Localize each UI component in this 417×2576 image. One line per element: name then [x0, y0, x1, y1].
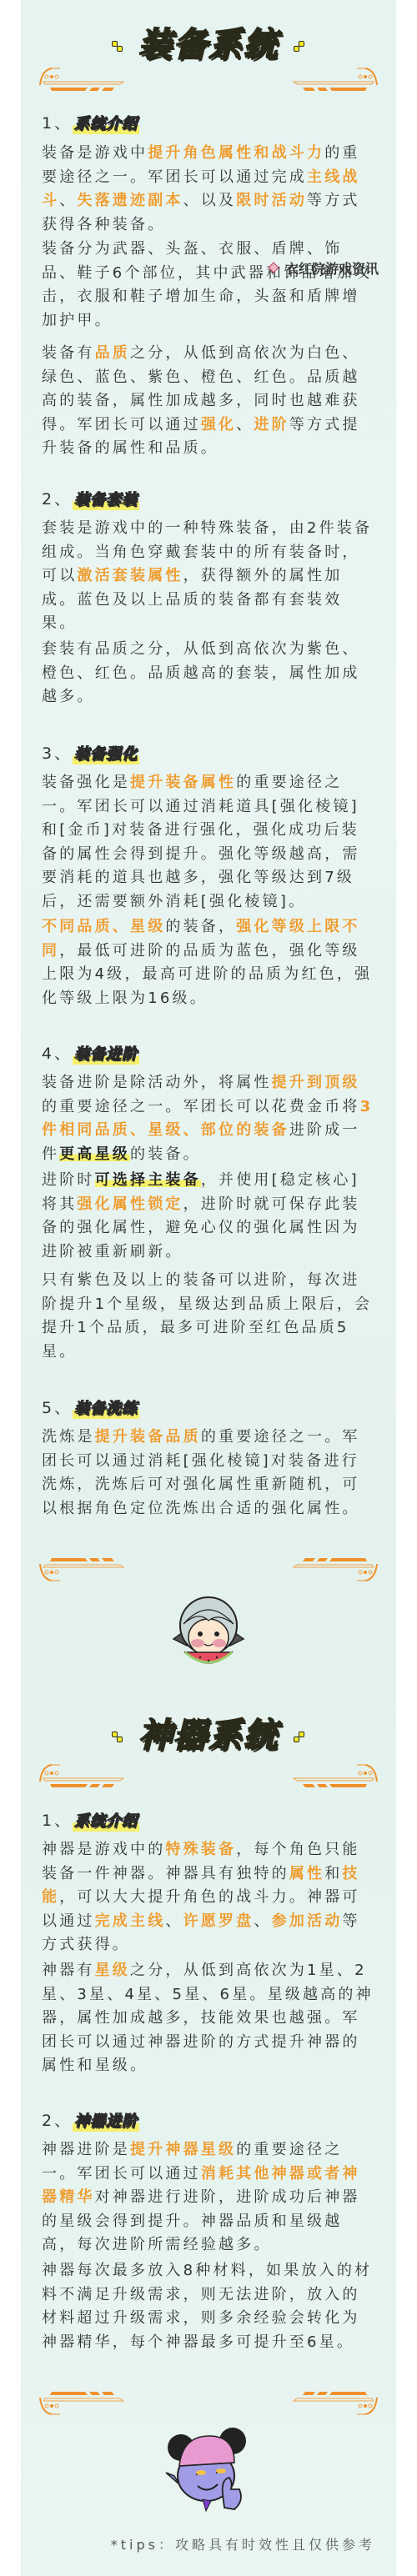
- pixel-deco-icon: [294, 41, 305, 53]
- subsection-number: 2、: [42, 2112, 73, 2130]
- subsection-title: 装备强化: [73, 743, 139, 766]
- highlight-text: 提升角色属性和战斗力: [148, 144, 324, 162]
- subsection-number: 1、: [42, 114, 73, 133]
- body-text: 、: [165, 1912, 183, 1930]
- subsection-heading: 3、装备强化: [42, 742, 139, 765]
- paragraph: 神器是游戏中的特殊装备，每个角色只能装备一件神器。神器具有独特的属性和技能，可以…: [42, 1838, 375, 1957]
- body-text: 洗炼是: [42, 1428, 95, 1446]
- subsection-heading: 1、系统介绍: [42, 112, 139, 135]
- pixel-deco-icon: [112, 41, 123, 53]
- paragraph: 装备有品质之分，从低到高依次为白色、绿色、蓝色、紫色、橙色、红色。品质越高的装备…: [42, 342, 375, 461]
- bracket-decoration-right: [288, 2386, 384, 2416]
- paragraph: 不同品质、星级的装备，强化等级上限不同，最低可进阶的品质为蓝色，强化等级上限为4…: [42, 915, 375, 1010]
- watermark: 衣红院游戏资讯: [267, 258, 379, 278]
- bracket-decoration-left: [33, 2386, 129, 2416]
- paragraph: 神器每次最多放入8种材料，如果放入的材料不满足升级需求，则无法进阶，放入的材料超…: [42, 2259, 375, 2354]
- subsection-number: 1、: [42, 1812, 73, 1830]
- body-text: 和: [324, 1865, 342, 1882]
- highlight-text: 提升到顶级: [272, 1074, 360, 1091]
- body-text: 、: [236, 416, 254, 434]
- marker-highlight-text: 可选择主装备: [95, 1171, 201, 1189]
- body-text: 、以及: [183, 192, 237, 209]
- watermark-text: 衣红院游戏资讯: [285, 261, 379, 277]
- body-text: 装备强化是: [42, 774, 130, 791]
- body-text: 进阶时: [42, 1171, 95, 1189]
- body-text: 的装备。: [130, 1145, 201, 1163]
- body-text: 装备有: [42, 344, 95, 362]
- highlight-text: 星级: [95, 1962, 130, 1979]
- highlight-text: 进阶: [254, 416, 289, 434]
- subsection-title: 系统介绍: [73, 113, 139, 136]
- subsection-heading: 2、装备套装: [42, 488, 139, 511]
- body-text: 、: [59, 192, 77, 209]
- subsection-heading: 2、神器进阶: [42, 2109, 139, 2132]
- highlight-text: 特殊装备: [165, 1841, 236, 1858]
- highlight-text: 参加活动: [272, 1912, 343, 1930]
- highlight-text: 许愿罗盘: [183, 1912, 254, 1930]
- article-panel: 装备系统 1、系统介绍 装备是游戏中提升角色属性和战斗力的重要途径之一。军团长可…: [21, 0, 396, 2576]
- body-text: 的装备，: [165, 918, 236, 935]
- subsection-title: 神器进阶: [73, 2110, 139, 2133]
- bracket-decoration-left: [33, 1552, 129, 1582]
- paragraph: 洗炼是提升装备品质的重要途径之一。军团长可以通过消耗[强化棱镜]对装备进行洗炼，…: [42, 1426, 375, 1521]
- highlight-text: 强化: [201, 416, 236, 434]
- watermelon-girl-mascot: [167, 1591, 250, 1674]
- bracket-decoration-right: [288, 1763, 384, 1793]
- purple-elf-thumbs-up-mascot: [163, 2424, 254, 2516]
- subsection-number: 3、: [42, 744, 73, 763]
- body-text: 只有紫色及以上的装备可以进阶，每次进阶提升1个星级，星级达到品质上限后，会提升1…: [42, 1271, 372, 1361]
- paragraph: 装备分为武器、头盔、衣服、盾牌、饰品、鞋子6个部位，其中武器和饰品增加攻击，衣服…: [42, 238, 375, 333]
- subsection-title: 系统介绍: [73, 1810, 139, 1833]
- body-text: ，最低可进阶的品质为蓝色，强化等级上限为4级，最高可进阶的品质为红色，强化等级上…: [42, 942, 372, 1007]
- highlight-text: 提升装备属性: [130, 774, 236, 791]
- highlight-text: 品质: [95, 344, 130, 362]
- subsection-title: 装备洗练: [73, 1397, 139, 1421]
- paragraph: 神器进阶是提升神器星级的重要途径之一。军团长可以通过消耗其他神器或者神器精华对神…: [42, 2138, 375, 2258]
- bracket-decoration-right: [288, 67, 384, 97]
- paragraph: 神器有星级之分，从低到高依次为1星、2星、3星、4星、5星、6星。星级越高的神器…: [42, 1959, 375, 2078]
- pixel-deco-icon: [294, 1732, 305, 1743]
- pixel-deco-icon: [112, 1732, 123, 1743]
- subsection-number: 4、: [42, 1045, 73, 1063]
- body-text: 的重要途径之一。军团长可以通过消耗道具[强化棱镜]和[金币]对装备进行强化，强化…: [42, 774, 360, 910]
- subsection-number: 2、: [42, 490, 73, 509]
- body-text: 神器进阶是: [42, 2141, 130, 2158]
- subsection-title: 装备进阶: [73, 1043, 139, 1066]
- bracket-decoration-left: [33, 67, 129, 97]
- highlight-text: 提升装备品质: [95, 1428, 201, 1446]
- body-text: 的重要途径之一。军团长可以花费金币将: [42, 1098, 360, 1115]
- paragraph: 只有紫色及以上的装备可以进阶，每次进阶提升1个星级，星级达到品质上限后，会提升1…: [42, 1269, 375, 1364]
- bracket-decoration-left: [33, 1763, 129, 1793]
- footer-tip: *tips：攻略具有时效性且仅供参考: [111, 2534, 375, 2553]
- body-text: 套装有品质之分，从低到高依次为紫色、橙色、红色。品质越高的套装，属性加成越多。: [42, 640, 360, 705]
- paragraph: 套装是游戏中的一种特殊装备，由2件装备组成。当角色穿戴套装中的所有装备时，可以激…: [42, 517, 375, 636]
- paragraph: 装备是游戏中提升角色属性和战斗力的重要途径之一。军团长可以通过完成主线战斗、失落…: [42, 142, 375, 237]
- body-text: 神器每次最多放入8种材料，如果放入的材料不满足升级需求，则无法进阶，放入的材料超…: [42, 2262, 372, 2351]
- body-text: 装备进阶是除活动外，将属性: [42, 1074, 272, 1091]
- body-text: 神器是游戏中的: [42, 1841, 165, 1858]
- section-title: 神器系统: [21, 1709, 396, 1757]
- subsection-title: 装备套装: [73, 489, 139, 512]
- subsection-number: 5、: [42, 1399, 73, 1417]
- highlight-text: 不同品质、星级: [42, 918, 165, 935]
- marker-highlight-text: 更高星级: [59, 1145, 130, 1163]
- highlight-text: 限时活动: [236, 192, 307, 209]
- body-text: 装备是游戏中: [42, 144, 148, 162]
- body-text: 神器有: [42, 1962, 95, 1979]
- paragraph: 装备进阶是除活动外，将属性提升到顶级的重要途径之一。军团长可以花费金币将3件相同…: [42, 1071, 375, 1166]
- highlight-text: 失落遗迹副本: [77, 192, 183, 209]
- section-title: 装备系统: [21, 18, 396, 66]
- subsection-heading: 5、装备洗练: [42, 1396, 139, 1420]
- subsection-heading: 4、装备进阶: [42, 1042, 139, 1065]
- section-title-text: 神器系统: [138, 1716, 279, 1755]
- kite-icon: [267, 262, 280, 275]
- section-title-text: 装备系统: [138, 26, 279, 64]
- highlight-text: 激活套装属性: [77, 567, 183, 584]
- bracket-decoration-right: [288, 1552, 384, 1582]
- paragraph: 套装有品质之分，从低到高依次为紫色、橙色、红色。品质越高的套装，属性加成越多。: [42, 638, 375, 709]
- highlight-text: 提升神器星级: [130, 2141, 236, 2158]
- subsection-heading: 1、系统介绍: [42, 1809, 139, 1832]
- body-text: 、: [254, 1912, 271, 1930]
- paragraph: 装备强化是提升装备属性的重要途径之一。军团长可以通过消耗道具[强化棱镜]和[金币…: [42, 771, 375, 914]
- highlight-text: 属性: [289, 1865, 324, 1882]
- paragraph: 进阶时可选择主装备，并使用[稳定核心]将其强化属性锁定，进阶时就可保存此装备的强…: [42, 1169, 375, 1264]
- body-text: 装备分为武器、头盔、衣服、盾牌、饰品、鞋子6个部位，其中武器和饰品增加攻击，衣服…: [42, 240, 372, 329]
- highlight-text: 强化属性锁定: [77, 1195, 183, 1213]
- highlight-text: 完成主线: [95, 1912, 166, 1930]
